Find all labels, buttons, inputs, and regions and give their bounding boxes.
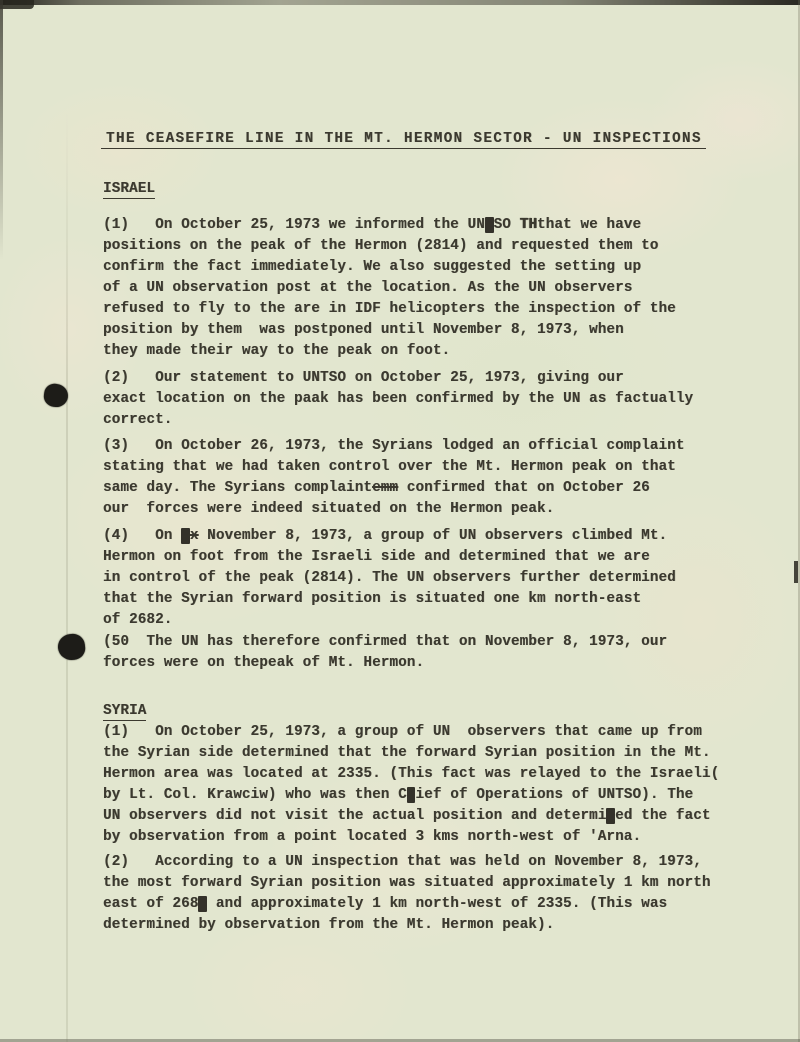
paragraph-syria-2: (2) According to a UN inspection that wa… — [103, 852, 711, 936]
scan-edge-left — [0, 0, 3, 260]
section-heading-israel: ISRAEL — [103, 179, 155, 200]
scanned-document-page: THE CEASEFIRE LINE IN THE MT. HERMON SEC… — [0, 0, 800, 1042]
paragraph-israel-3: (3) On October 26, 1973, the Syrians lod… — [103, 436, 685, 520]
document-title: THE CEASEFIRE LINE IN THE MT. HERMON SEC… — [106, 129, 706, 150]
document-title-text: THE CEASEFIRE LINE IN THE MT. HERMON SEC… — [101, 131, 706, 149]
paragraph-israel-1: (1) On October 25, 1973 we informed the … — [103, 215, 676, 362]
paragraph-israel-5: (50 The UN has therefore confirmed that … — [103, 632, 667, 674]
scan-edge-top — [0, 0, 800, 5]
right-margin-pen-mark — [794, 561, 798, 583]
scan-edge-top-left-corner — [0, 0, 34, 9]
paragraph-israel-2: (2) Our statement to UNTSO on October 25… — [103, 368, 693, 431]
paragraph-israel-4: (4) On ax November 8, 1973, a group of U… — [103, 526, 676, 631]
paper-crease — [66, 110, 68, 1042]
section-heading-syria: SYRIA — [103, 701, 146, 722]
paragraph-syria-1: (1) On October 25, 1973, a group of UN o… — [103, 722, 719, 848]
punch-hole-ink-dot-2 — [57, 633, 87, 662]
